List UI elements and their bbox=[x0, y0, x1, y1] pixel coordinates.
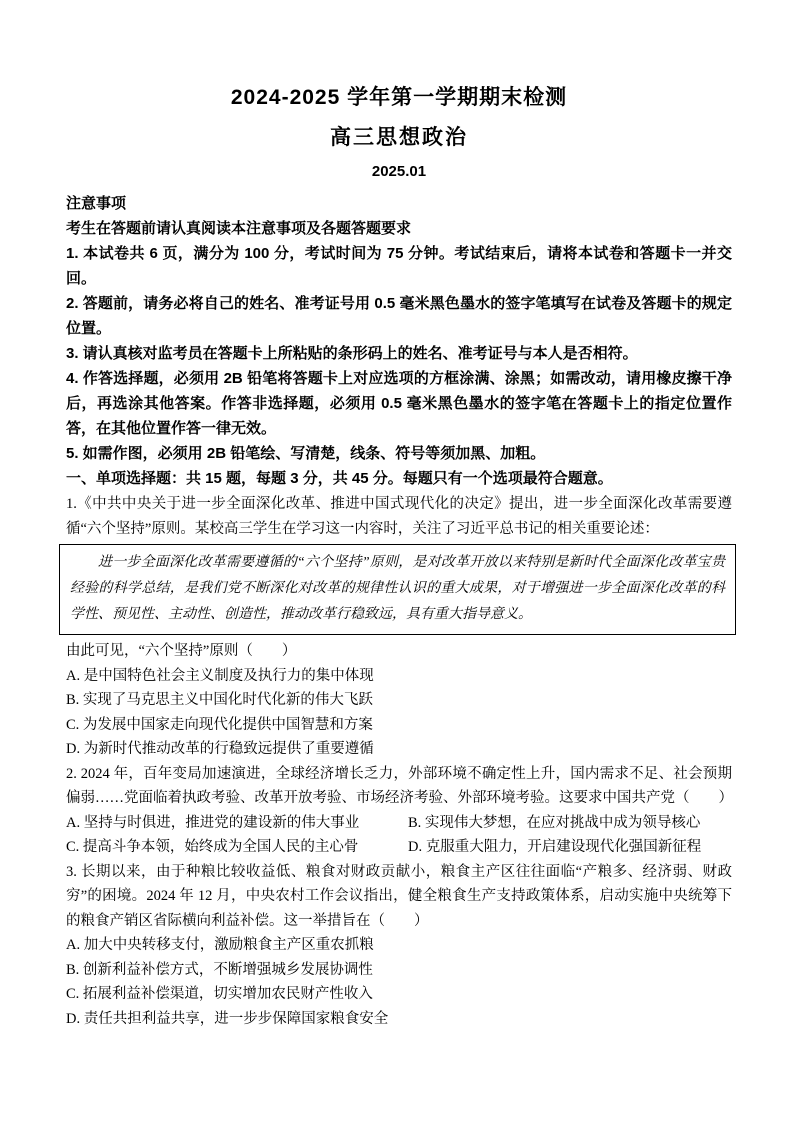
section-title-single-choice: 一、单项选择题：共 15 题，每题 3 分，共 45 分。每题只有一个选项最符合… bbox=[66, 466, 732, 491]
question-1-option-d: D. 为新时代推动改革的行稳致远提供了重要遵循 bbox=[66, 737, 732, 762]
question-1: 1.《中共中央关于进一步全面深化改革、推进中国式现代化的决定》提出，进一步全面深… bbox=[66, 492, 732, 762]
notice-item-3: 3. 请认真核对监考员在答题卡上所粘贴的条形码上的姓名、准考证号与本人是否相符。 bbox=[66, 341, 732, 366]
question-3-stem: 3. 长期以来，由于种粮比较收益低、粮食对财政贡献小，粮食主产区往往面临“产粮多… bbox=[66, 860, 732, 934]
notice-item-2: 2. 答题前，请务必将自己的姓名、准考证号用 0.5 毫米黑色墨水的签字笔填写在… bbox=[66, 291, 732, 341]
question-2-option-c: C. 提高斗争本领，始终成为全国人民的主心骨 bbox=[66, 835, 408, 860]
question-3-options: A. 加大中央转移支付，激励粮食主产区重农抓粮 B. 创新利益补偿方式，不断增强… bbox=[66, 933, 732, 1031]
notice-section: 注意事项 考生在答题前请认真阅读本注意事项及各题答题要求 1. 本试卷共 6 页… bbox=[66, 191, 732, 466]
question-2-options: A. 坚持与时俱进，推进党的建设新的伟大事业 B. 实现伟大梦想，在应对挑战中成… bbox=[66, 811, 732, 860]
page-title: 2024-2025 学年第一学期期末检测 bbox=[66, 84, 732, 111]
question-3-option-b: B. 创新利益补偿方式，不断增强城乡发展协调性 bbox=[66, 958, 732, 983]
question-2-option-b: B. 实现伟大梦想，在应对挑战中成为领导核心 bbox=[408, 811, 732, 836]
question-1-quote-box: 进一步全面深化改革需要遵循的“六个坚持”原则，是对改革开放以来特别是新时代全面深… bbox=[59, 544, 736, 635]
notice-item-1: 1. 本试卷共 6 页，满分为 100 分，考试时间为 75 分钟。考试结束后，… bbox=[66, 241, 732, 291]
notice-intro: 考生在答题前请认真阅读本注意事项及各题答题要求 bbox=[66, 216, 732, 241]
question-3-option-d: D. 责任共担利益共享，进一步步保障国家粮食安全 bbox=[66, 1007, 732, 1032]
question-1-stem: 1.《中共中央关于进一步全面深化改革、推进中国式现代化的决定》提出，进一步全面深… bbox=[66, 492, 732, 541]
question-1-option-c: C. 为发展中国家走向现代化提供中国智慧和方案 bbox=[66, 713, 732, 738]
question-1-option-b: B. 实现了马克思主义中国化时代化新的伟大飞跃 bbox=[66, 688, 732, 713]
question-2-stem: 2. 2024 年，百年变局加速演进，全球经济增长乏力，外部环境不确定性上升，国… bbox=[66, 762, 732, 811]
page-subtitle: 高三思想政治 bbox=[66, 124, 732, 151]
question-2: 2. 2024 年，百年变局加速演进，全球经济增长乏力，外部环境不确定性上升，国… bbox=[66, 762, 732, 860]
exam-page: 2024-2025 学年第一学期期末检测 高三思想政治 2025.01 注意事项… bbox=[0, 0, 794, 1123]
question-1-quote-text: 进一步全面深化改革需要遵循的“六个坚持”原则，是对改革开放以来特别是新时代全面深… bbox=[70, 550, 725, 628]
question-1-options: A. 是中国特色社会主义制度及执行力的集中体现 B. 实现了马克思主义中国化时代… bbox=[66, 664, 732, 762]
question-1-lead-in: 由此可见，“六个坚持”原则（ ） bbox=[66, 639, 732, 664]
question-1-option-a: A. 是中国特色社会主义制度及执行力的集中体现 bbox=[66, 664, 732, 689]
question-2-option-d: D. 克服重大阻力，开启建设现代化强国新征程 bbox=[408, 835, 732, 860]
exam-date: 2025.01 bbox=[66, 162, 732, 182]
notice-heading: 注意事项 bbox=[66, 191, 732, 216]
question-3-option-c: C. 拓展利益补偿渠道，切实增加农民财产性收入 bbox=[66, 982, 732, 1007]
notice-item-5: 5. 如需作图，必须用 2B 铅笔绘、写清楚，线条、符号等须加黑、加粗。 bbox=[66, 441, 732, 466]
question-3: 3. 长期以来，由于种粮比较收益低、粮食对财政贡献小，粮食主产区往往面临“产粮多… bbox=[66, 860, 732, 1032]
notice-item-4: 4. 作答选择题，必须用 2B 铅笔将答题卡上对应选项的方框涂满、涂黑；如需改动… bbox=[66, 366, 732, 441]
question-3-option-a: A. 加大中央转移支付，激励粮食主产区重农抓粮 bbox=[66, 933, 732, 958]
question-2-option-a: A. 坚持与时俱进，推进党的建设新的伟大事业 bbox=[66, 811, 408, 836]
